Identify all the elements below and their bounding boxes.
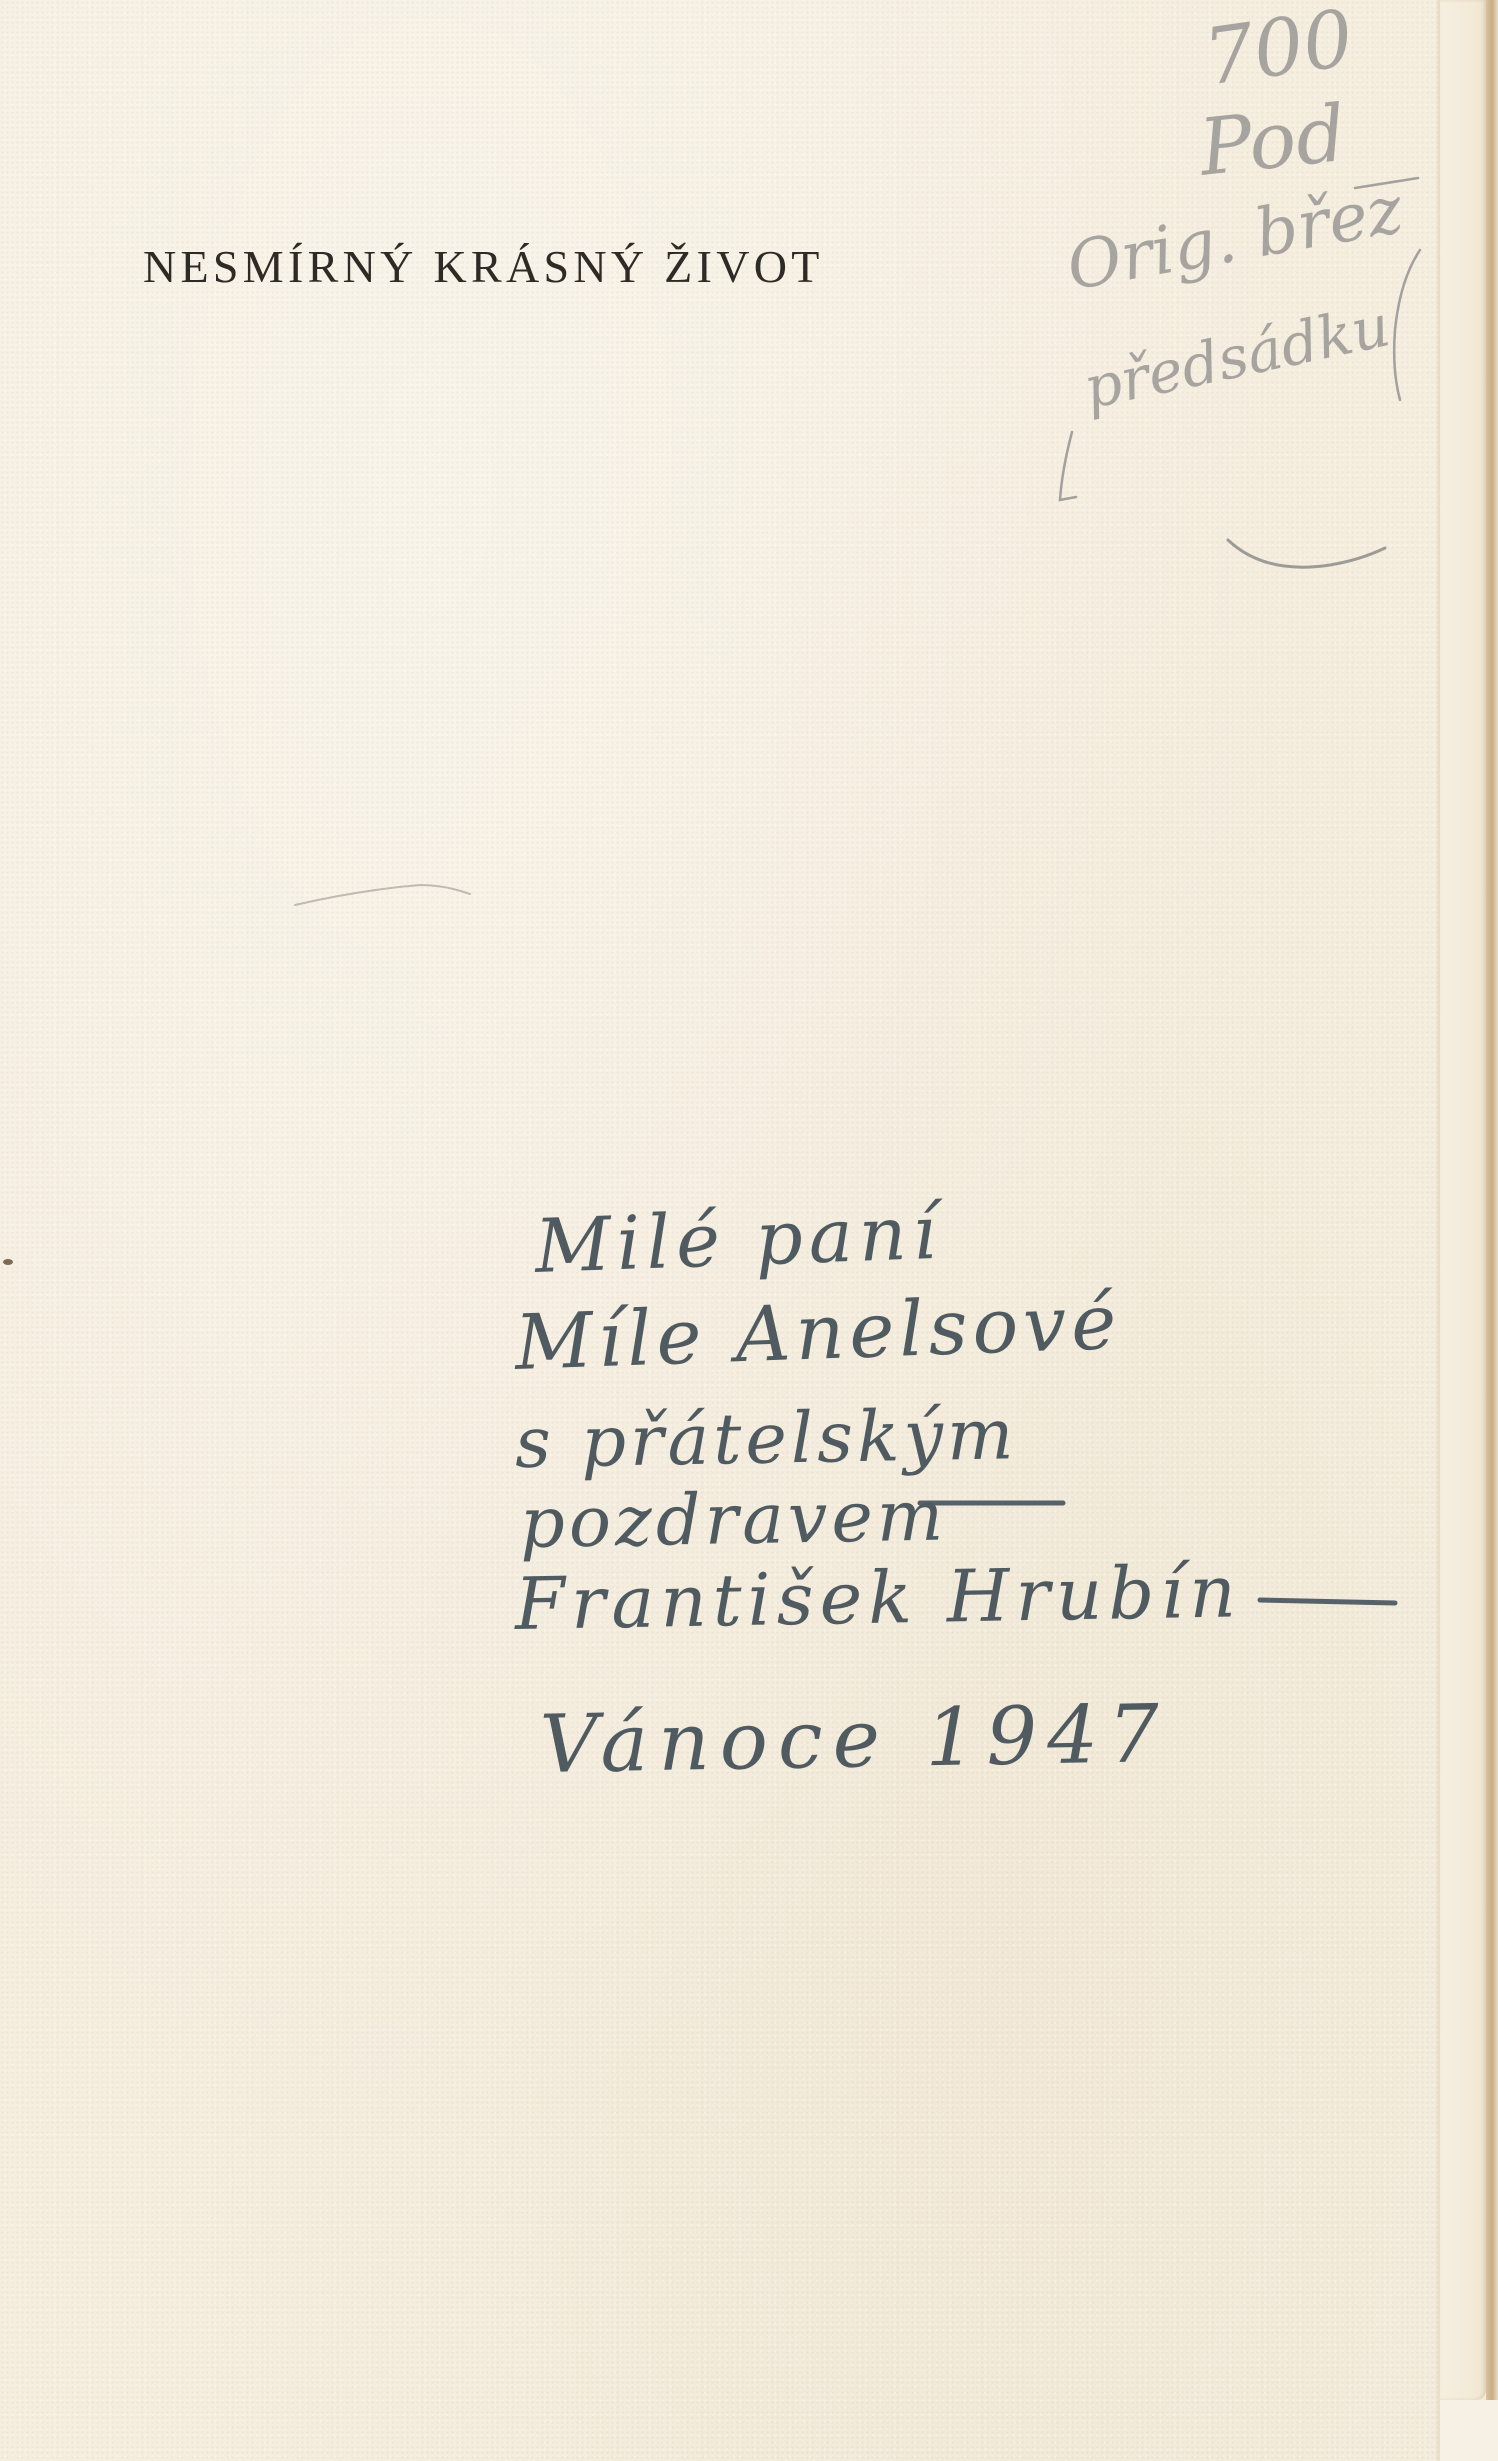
printed-title: NESMÍRNÝ KRÁSNÝ ŽIVOT — [143, 244, 824, 290]
page-corner — [1440, 2400, 1498, 2461]
inscription-date: Vánoce 1947 — [539, 1694, 1169, 1785]
book-edge-shadow — [1486, 0, 1498, 2461]
pencil-note-line2: Pod — [1196, 95, 1350, 188]
inscription-line-4: pozdravem — [519, 1481, 947, 1558]
inscription-line-1: Milé paní — [534, 1196, 944, 1284]
underlying-leaf-edge — [1440, 0, 1486, 2400]
inscription-line-3: s přátelským — [514, 1399, 1018, 1478]
inscription-signature: František Hrubín — [514, 1555, 1242, 1640]
inscription-line-2: Míle Anelsové — [514, 1284, 1123, 1381]
pencil-note-price: 700 — [1200, 0, 1358, 98]
